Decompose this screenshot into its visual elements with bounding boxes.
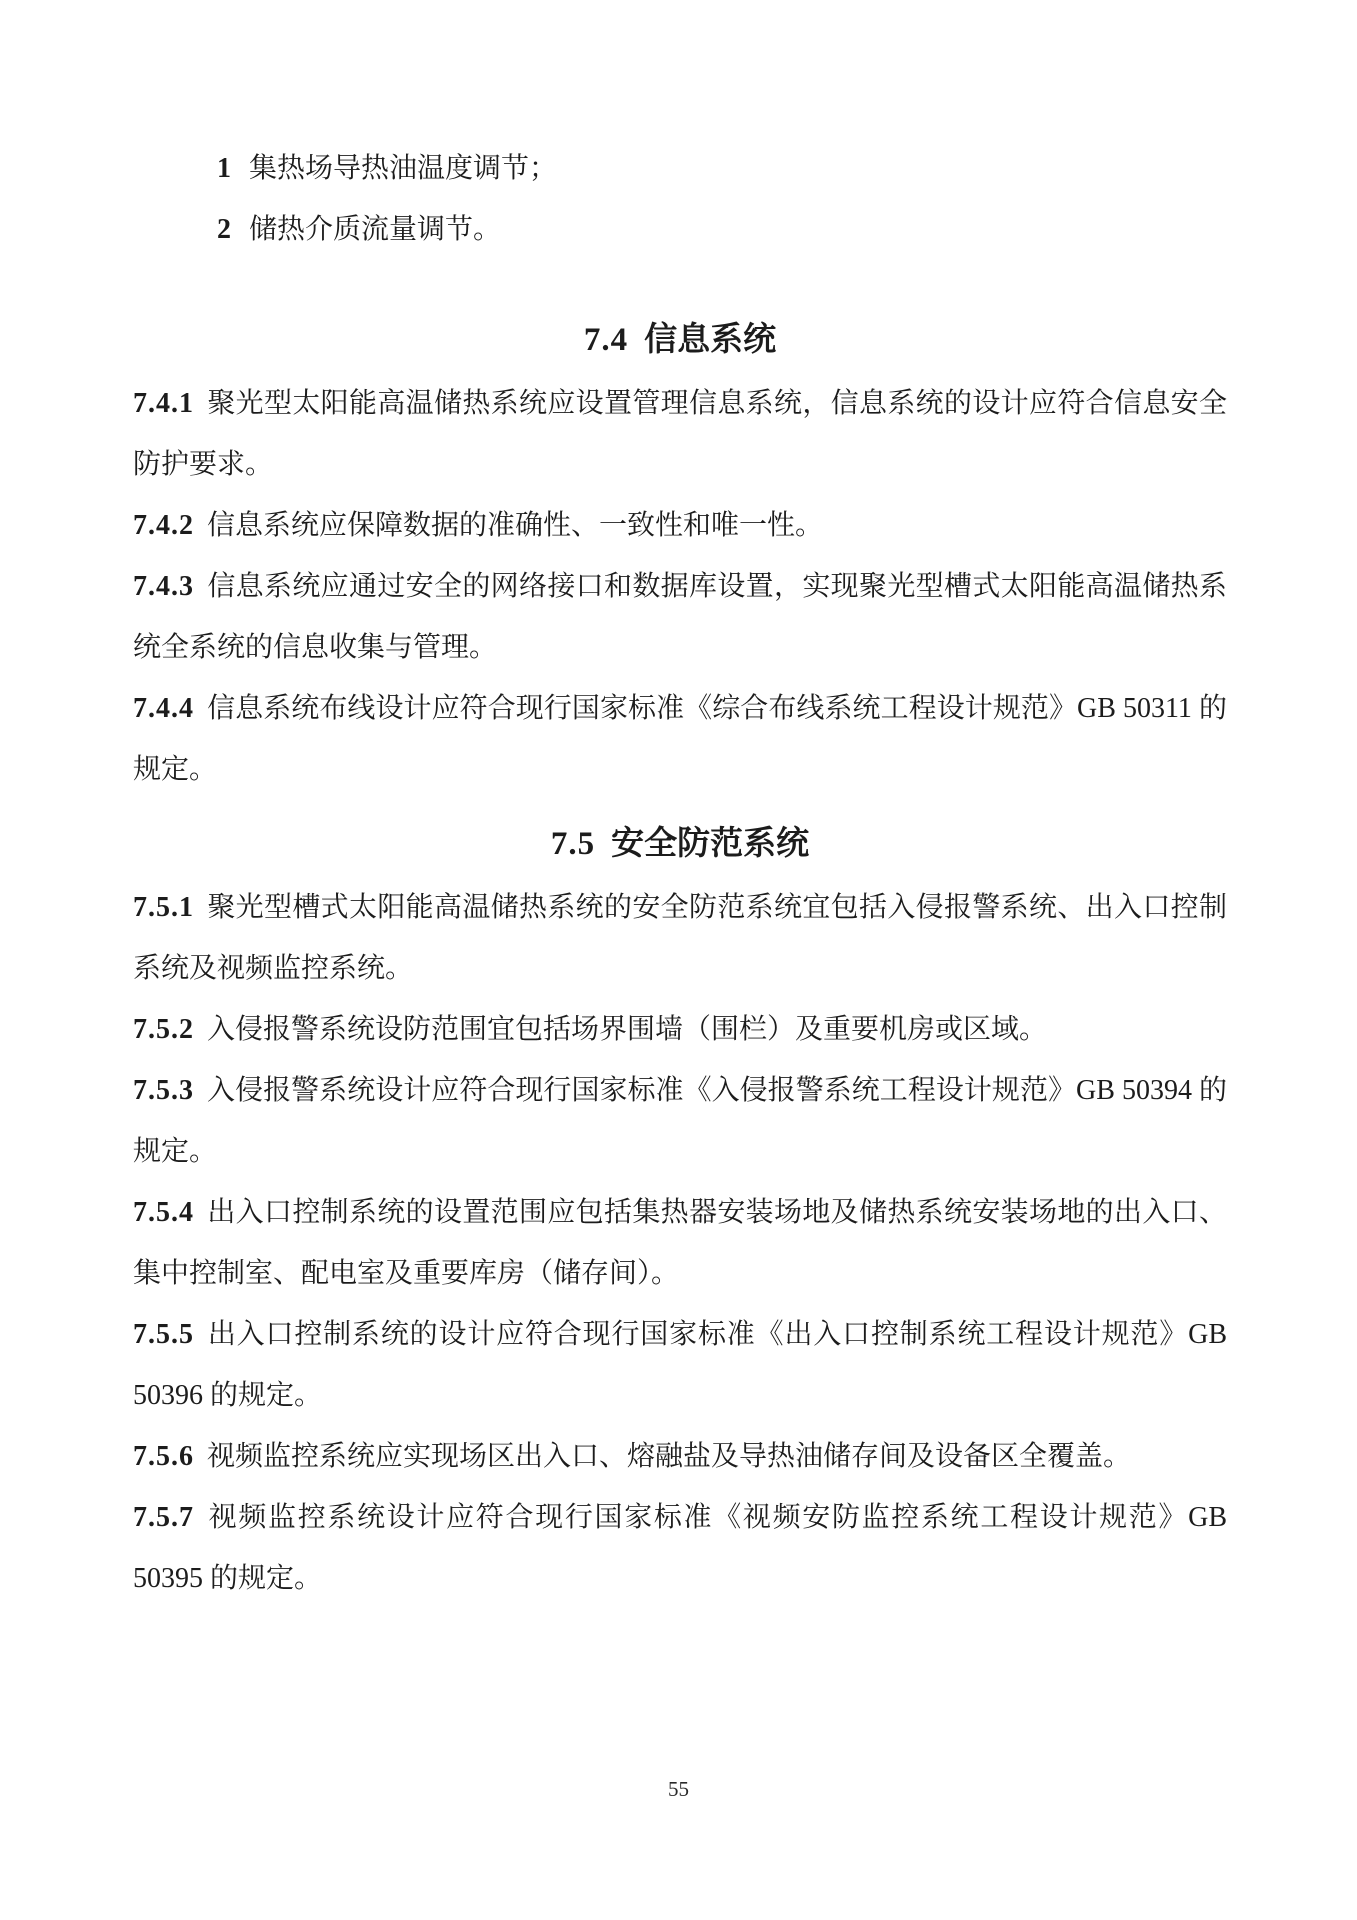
clause-number: 7.5.4 <box>133 1197 194 1228</box>
clause-text: 入侵报警系统设计应符合现行国家标准《入侵报警系统工程设计规范》GB 50394 … <box>133 1075 1227 1167</box>
clause-number: 7.5.2 <box>133 1014 194 1045</box>
clause-7-4-3: 7.4.3信息系统应通过安全的网络接口和数据库设置，实现聚光型槽式太阳能高温储热… <box>133 556 1227 678</box>
clause-number: 7.5.5 <box>133 1319 194 1350</box>
clause-7-4-2: 7.4.2信息系统应保障数据的准确性、一致性和唯一性。 <box>133 495 1227 556</box>
page-content: 1集热场导热油温度调节； 2储热介质流量调节。 7.4信息系统 7.4.1聚光型… <box>133 138 1227 1609</box>
clause-number: 7.5.7 <box>133 1502 194 1533</box>
section-heading-title: 安全防范系统 <box>611 826 809 862</box>
clause-text: 信息系统布线设计应符合现行国家标准《综合布线系统工程设计规范》GB 50311 … <box>133 693 1227 785</box>
section-heading-number: 7.4 <box>584 322 628 358</box>
clause-number: 7.5.6 <box>133 1441 194 1472</box>
section-heading-7-4: 7.4信息系统 <box>133 310 1227 371</box>
list-item: 1集热场导热油温度调节； <box>133 138 1227 199</box>
clause-text: 聚光型太阳能高温储热系统应设置管理信息系统，信息系统的设计应符合信息安全防护要求… <box>133 388 1227 480</box>
clause-7-5-7: 7.5.7视频监控系统设计应符合现行国家标准《视频安防监控系统工程设计规范》GB… <box>133 1487 1227 1609</box>
clause-7-5-3: 7.5.3入侵报警系统设计应符合现行国家标准《入侵报警系统工程设计规范》GB 5… <box>133 1060 1227 1182</box>
clause-text: 视频监控系统设计应符合现行国家标准《视频安防监控系统工程设计规范》GB 5039… <box>133 1502 1227 1594</box>
clause-7-5-6: 7.5.6视频监控系统应实现场区出入口、熔融盐及导热油储存间及设备区全覆盖。 <box>133 1426 1227 1487</box>
clause-7-5-1: 7.5.1聚光型槽式太阳能高温储热系统的安全防范系统宜包括入侵报警系统、出入口控… <box>133 877 1227 999</box>
clause-7-5-4: 7.5.4出入口控制系统的设置范围应包括集热器安装场地及储热系统安装场地的出入口… <box>133 1182 1227 1304</box>
section-heading-7-5: 7.5安全防范系统 <box>133 814 1227 875</box>
clause-number: 7.4.4 <box>133 693 194 724</box>
clause-number: 7.4.2 <box>133 510 194 541</box>
list-item-text: 集热场导热油温度调节； <box>249 153 557 184</box>
page-number: 55 <box>0 1777 1357 1802</box>
section-heading-number: 7.5 <box>551 826 595 862</box>
list-item: 2储热介质流量调节。 <box>133 199 1227 260</box>
clause-number: 7.4.3 <box>133 571 194 602</box>
clause-text: 入侵报警系统设防范围宜包括场界围墙（围栏）及重要机房或区域。 <box>207 1014 1047 1045</box>
clause-text: 聚光型槽式太阳能高温储热系统的安全防范系统宜包括入侵报警系统、出入口控制系统及视… <box>133 892 1227 984</box>
section-heading-title: 信息系统 <box>644 322 776 358</box>
clause-7-4-4: 7.4.4信息系统布线设计应符合现行国家标准《综合布线系统工程设计规范》GB 5… <box>133 678 1227 800</box>
clause-text: 信息系统应保障数据的准确性、一致性和唯一性。 <box>207 510 823 541</box>
clause-text: 出入口控制系统的设置范围应包括集热器安装场地及储热系统安装场地的出入口、集中控制… <box>133 1197 1227 1289</box>
clause-7-5-2: 7.5.2入侵报警系统设防范围宜包括场界围墙（围栏）及重要机房或区域。 <box>133 999 1227 1060</box>
list-item-number: 1 <box>217 153 231 184</box>
clause-number: 7.4.1 <box>133 388 194 419</box>
clause-text: 视频监控系统应实现场区出入口、熔融盐及导热油储存间及设备区全覆盖。 <box>207 1441 1131 1472</box>
clause-text: 出入口控制系统的设计应符合现行国家标准《出入口控制系统工程设计规范》GB 503… <box>133 1319 1227 1411</box>
clause-7-4-1: 7.4.1聚光型太阳能高温储热系统应设置管理信息系统，信息系统的设计应符合信息安… <box>133 373 1227 495</box>
clause-text: 信息系统应通过安全的网络接口和数据库设置，实现聚光型槽式太阳能高温储热系统全系统… <box>133 571 1227 663</box>
clause-number: 7.5.3 <box>133 1075 194 1106</box>
clause-7-5-5: 7.5.5出入口控制系统的设计应符合现行国家标准《出入口控制系统工程设计规范》G… <box>133 1304 1227 1426</box>
list-item-text: 储热介质流量调节。 <box>249 214 501 245</box>
document-page: 1集热场导热油温度调节； 2储热介质流量调节。 7.4信息系统 7.4.1聚光型… <box>0 0 1357 1920</box>
clause-number: 7.5.1 <box>133 892 194 923</box>
list-item-number: 2 <box>217 214 231 245</box>
